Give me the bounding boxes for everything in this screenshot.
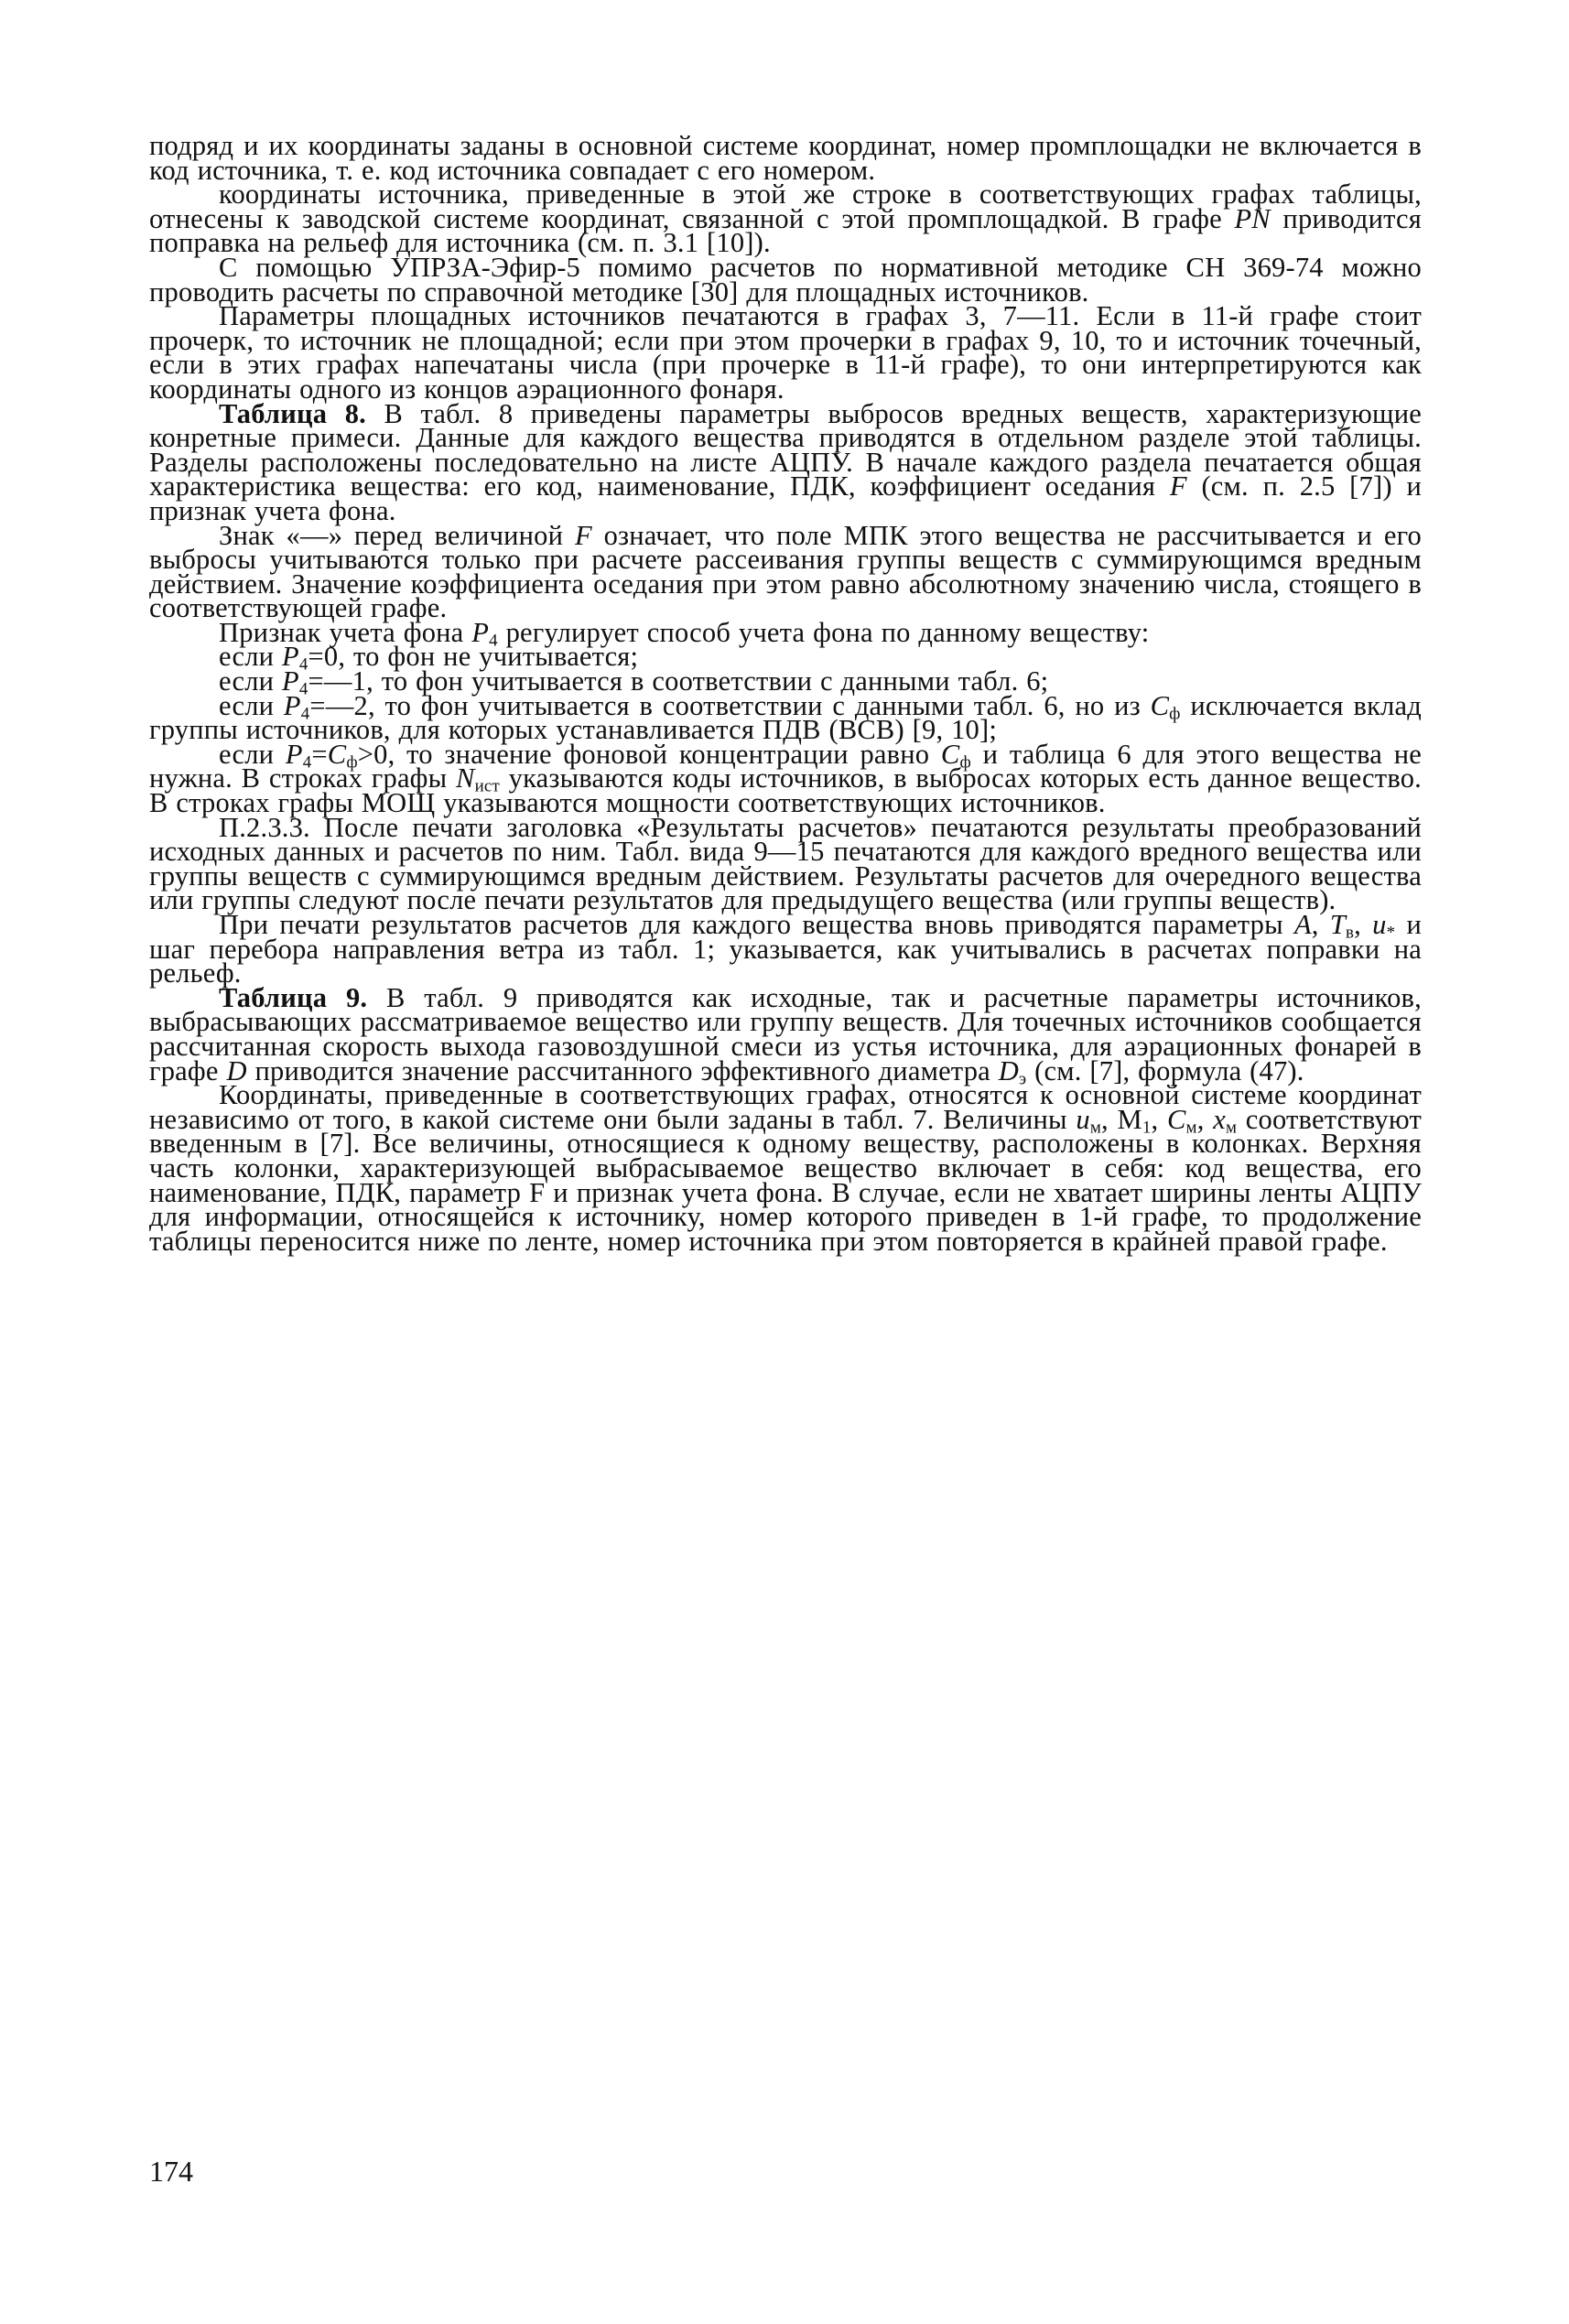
paragraph-coordinates-numbering: подряд и их координаты заданы в основной… xyxy=(149,134,1422,182)
list-item-p4-minus-two: если P4=—2, то фон учитывается в соответ… xyxy=(149,694,1422,742)
paragraph-section-2-3-3: П.2.3.3. После печати заголовка «Результ… xyxy=(149,816,1422,913)
symbol-f: F xyxy=(1170,470,1187,502)
paragraph-results-printing: При печати результатов расчетов для кажд… xyxy=(149,913,1422,986)
paragraph-area-sources: Параметры площадных источников печатаютс… xyxy=(149,304,1422,401)
paragraph-uprza-efir: С помощью УПРЗА-Эфир-5 помимо расчетов п… xyxy=(149,255,1422,304)
paragraph-text: подряд и их координаты заданы в основной… xyxy=(149,130,1422,186)
list-item-p4-cf: если P4=Cф>0, то значение фоновой концен… xyxy=(149,742,1422,816)
paragraph-text: С помощью УПРЗА-Эфир-5 помимо расчетов п… xyxy=(149,252,1422,308)
symbol-pn: PN xyxy=(1234,203,1270,234)
subscript: ф xyxy=(1169,704,1180,723)
symbol-c: C xyxy=(1151,690,1170,721)
paragraph-coordinates-main-system: Координаты, приведенные в соответствующи… xyxy=(149,1083,1422,1253)
page-number: 174 xyxy=(149,2155,193,2189)
paragraph-text: Параметры площадных источников печатаютс… xyxy=(149,300,1422,405)
paragraph-table-8: Таблица 8. В табл. 8 приведены параметры… xyxy=(149,402,1422,524)
paragraph-table-9: Таблица 9. В табл. 9 приводятся как исхо… xyxy=(149,986,1422,1083)
paragraph-source-coordinates: координаты источника, приведенные в этой… xyxy=(149,182,1422,255)
page-body: подряд и их координаты заданы в основной… xyxy=(149,134,1422,1253)
paragraph-text: координаты источника, приведенные в этой… xyxy=(149,178,1422,234)
paragraph-text: П.2.3.3. После печати заголовка «Результ… xyxy=(149,812,1422,916)
paragraph-minus-sign: Знак «—» перед величиной F означает, что… xyxy=(149,524,1422,621)
